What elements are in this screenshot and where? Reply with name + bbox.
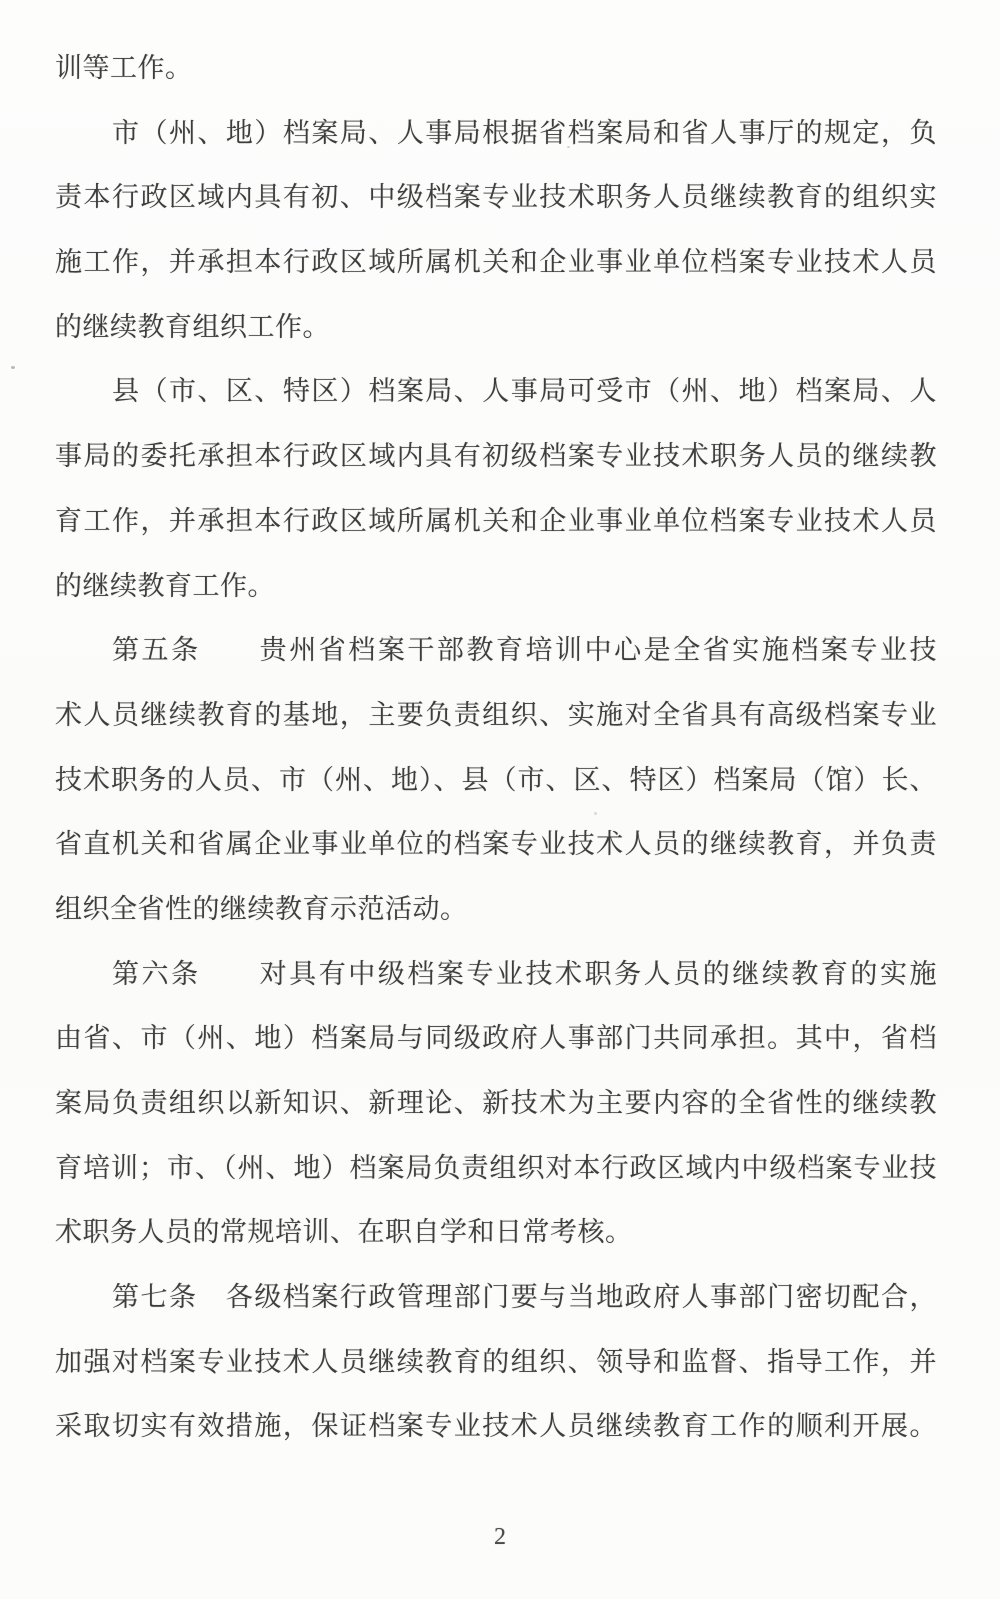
text-line: 案局负责组织以新知识、新理论、新技术为主要内容的全省性的继续教 [55, 1071, 937, 1136]
text-line: 术人员继续教育的基地，主要负责组织、实施对全省具有高级档案专业 [55, 683, 937, 748]
text-line: 育工作，并承担本行政区域所属机关和企业事业单位档案专业技术人员 [55, 489, 937, 554]
text-line: 由省、市（州、地）档案局与同级政府人事部门共同承担。其中，省档 [55, 1006, 937, 1071]
text-line: 采取切实有效措施，保证档案专业技术人员继续教育工作的顺利开展。 [55, 1394, 937, 1459]
text-line: 事局的委托承担本行政区域内具有初级档案专业技术职务人员的继续教 [55, 424, 937, 489]
article-5-heading-line: 第五条 贵州省档案干部教育培训中心是全省实施档案专业技 [55, 618, 937, 683]
text-line: 的继续教育组织工作。 [55, 295, 937, 360]
article-7-heading-line: 第七条 各级档案行政管理部门要与当地政府人事部门密切配合， [55, 1265, 937, 1330]
text-line: 施工作，并承担本行政区域所属机关和企业事业单位档案专业技术人员 [55, 230, 937, 295]
scanned-document-page: 训等工作。 市（州、地）档案局、人事局根据省档案局和省人事厅的规定，负 责本行政… [0, 0, 1000, 1599]
text-line: 育培训；市、（州、地）档案局负责组织对本行政区域内中级档案专业技 [55, 1136, 937, 1201]
text-line: 的继续教育工作。 [55, 554, 937, 619]
scan-speck [11, 366, 15, 369]
text-line: 组织全省性的继续教育示范活动。 [55, 877, 937, 942]
text-line: 责本行政区域内具有初、中级档案专业技术职务人员继续教育的组织实 [55, 165, 937, 230]
document-body: 训等工作。 市（州、地）档案局、人事局根据省档案局和省人事厅的规定，负 责本行政… [55, 36, 937, 1459]
text-line: 训等工作。 [55, 36, 937, 101]
text-line: 省直机关和省属企业事业单位的档案专业技术人员的继续教育，并负责 [55, 812, 937, 877]
text-line: 术职务人员的常规培训、在职自学和日常考核。 [55, 1200, 937, 1265]
article-6-heading-line: 第六条 对具有中级档案专业技术职务人员的继续教育的实施 [55, 942, 937, 1007]
text-line: 加强对档案专业技术人员继续教育的组织、领导和监督、指导工作，并 [55, 1330, 937, 1395]
text-line: 技术职务的人员、市（州、地）、县（市、区、特区）档案局（馆）长、 [55, 748, 937, 813]
page-number: 2 [0, 1524, 1000, 1551]
text-line: 市（州、地）档案局、人事局根据省档案局和省人事厅的规定，负 [55, 101, 937, 166]
text-line: 县（市、区、特区）档案局、人事局可受市（州、地）档案局、人 [55, 359, 937, 424]
